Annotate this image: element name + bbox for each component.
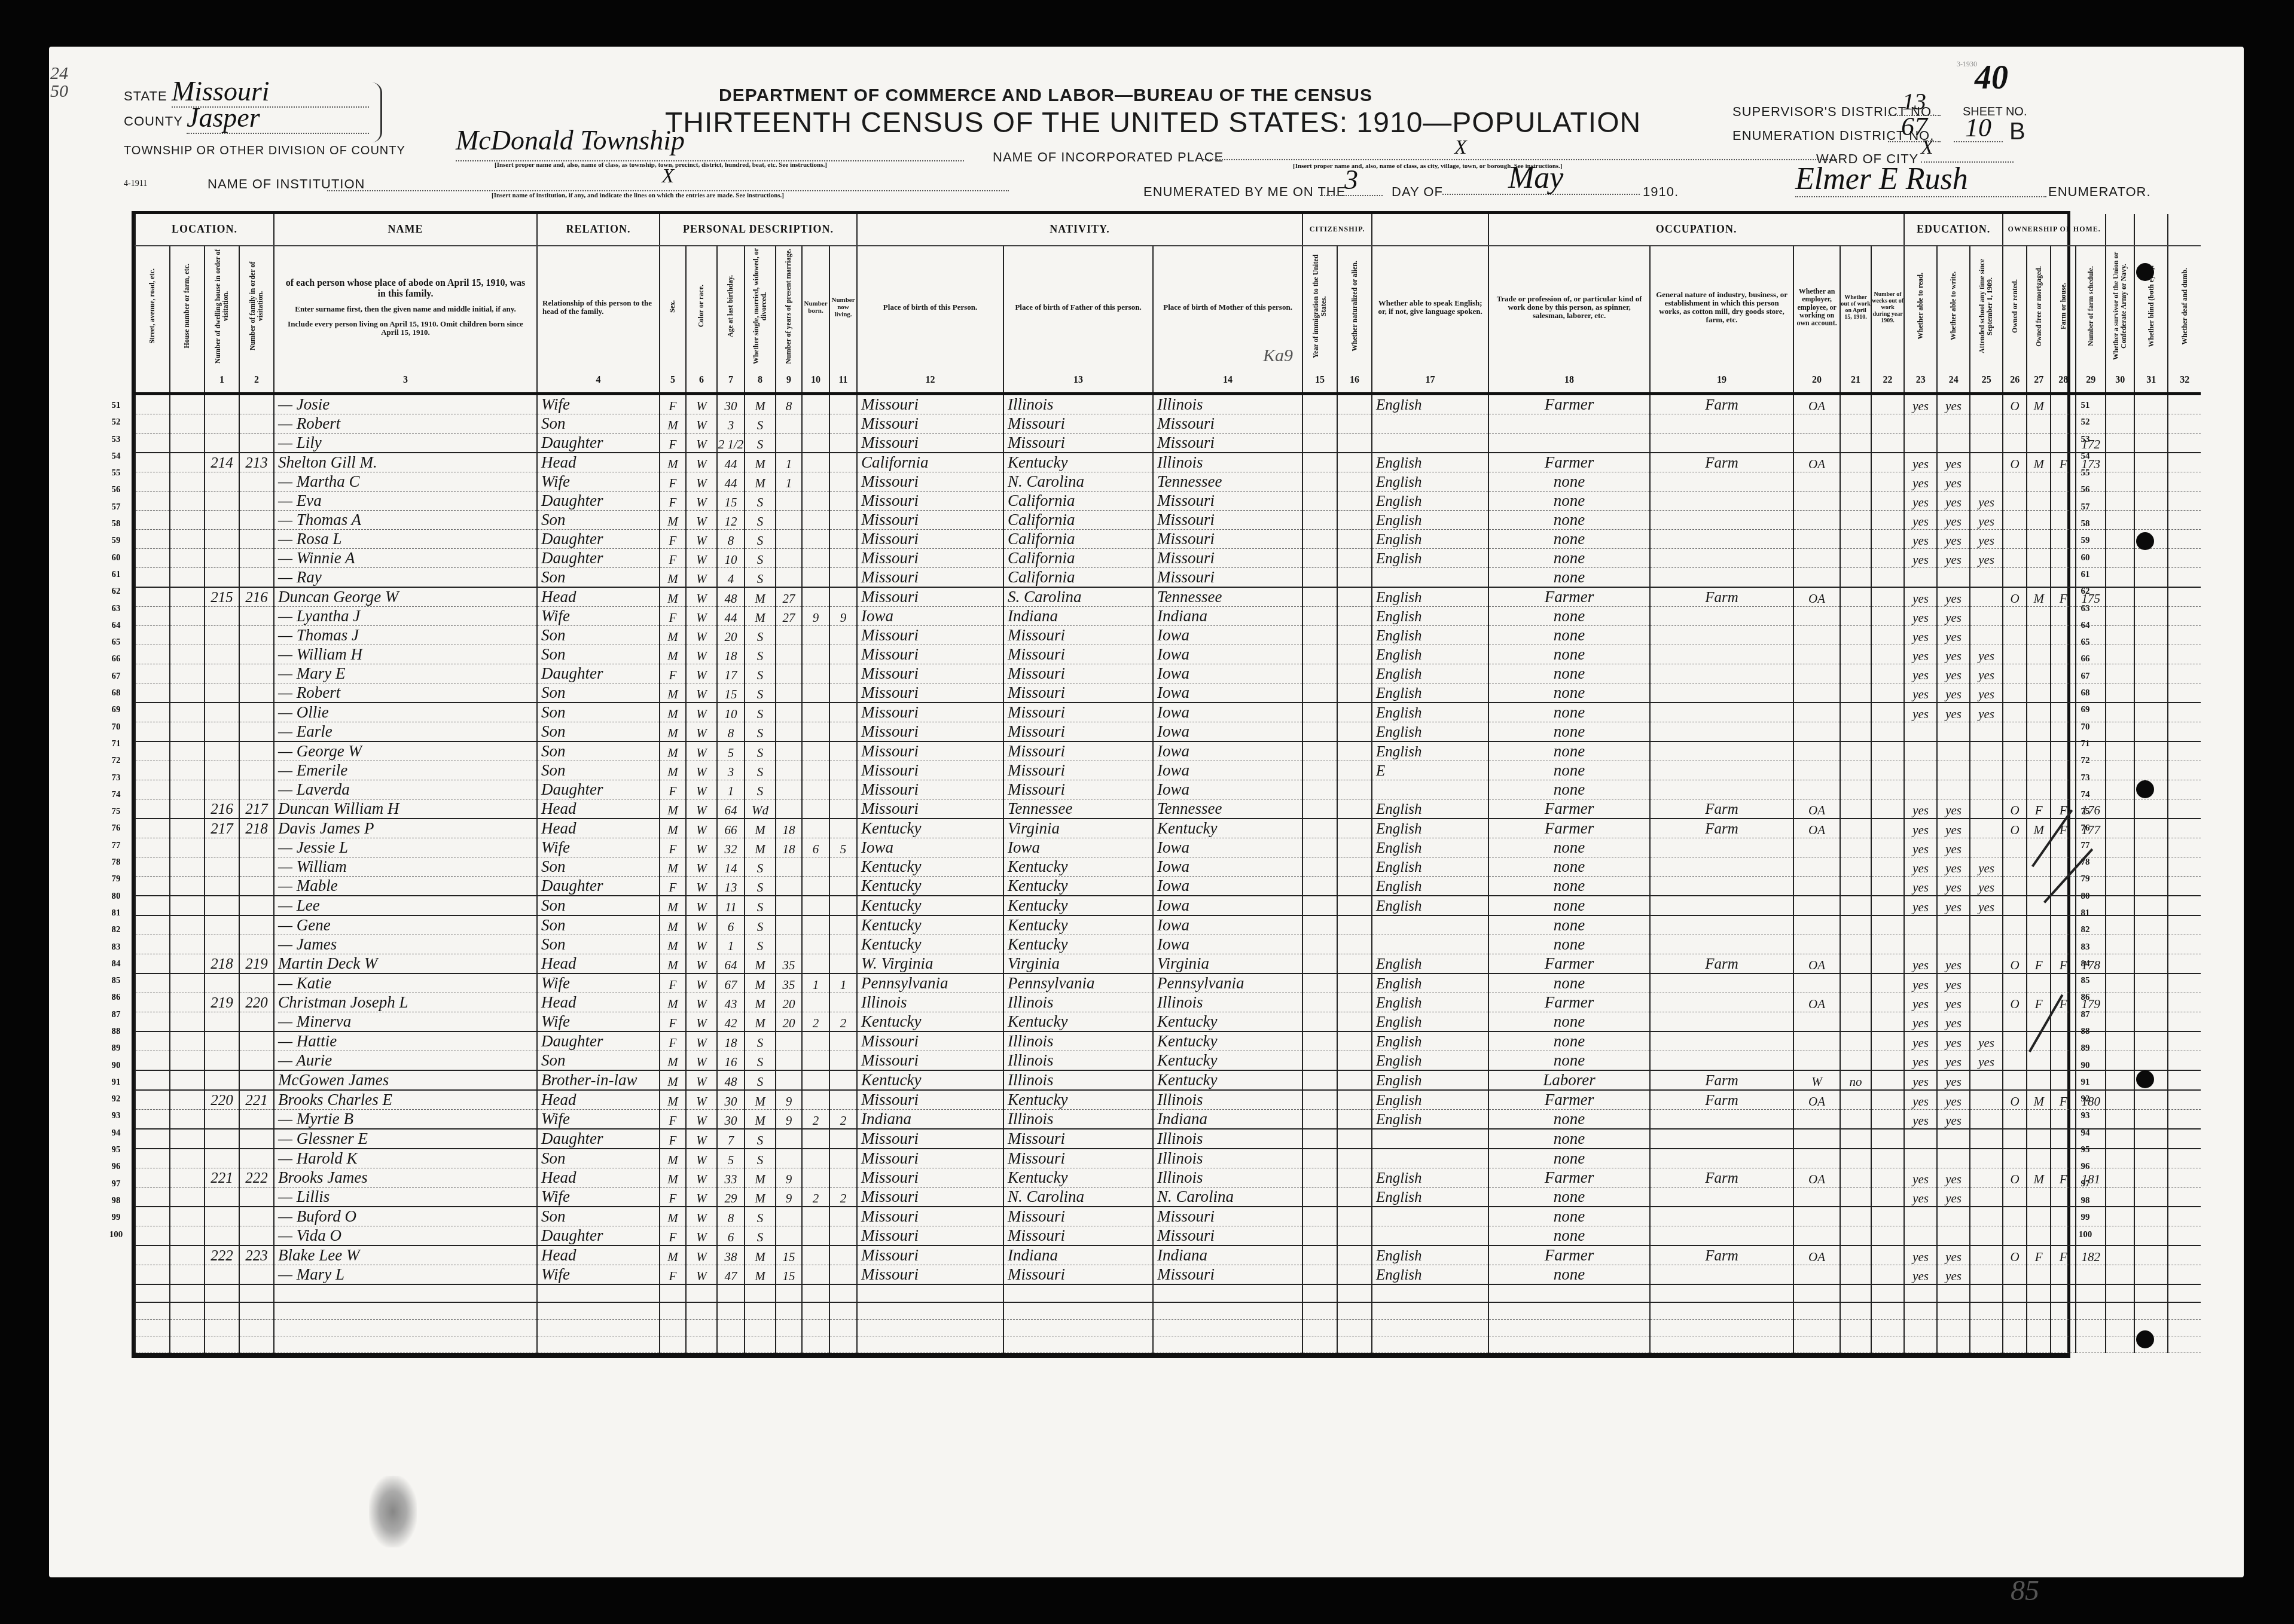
cell-read [1904, 741, 1937, 761]
cell-marital: S [745, 568, 776, 588]
cell-empty [2106, 761, 2134, 780]
cell-farm [2051, 1012, 2076, 1032]
cell-empty [135, 703, 170, 722]
line-number: 65 [104, 637, 128, 654]
cell-empty [1871, 434, 1904, 453]
cell-sex: M [660, 1090, 686, 1110]
cell-marital: S [745, 1129, 776, 1149]
cell-out-of-work [1840, 1168, 1871, 1188]
cell-relation: Head [537, 799, 660, 819]
cell-marital: S [745, 935, 776, 954]
cell-employer [1793, 1265, 1840, 1285]
cell-out-of-work [1840, 1319, 1871, 1336]
census-row: — LaverdaDaughterFW1SMissouriMissouriIow… [135, 780, 2201, 799]
cell-out-of-work [1840, 568, 1871, 588]
cell-race: W [686, 722, 717, 742]
cell-marital: S [745, 915, 776, 935]
line-number: 90 [104, 1061, 128, 1077]
cell-owned: O [2003, 954, 2027, 974]
cell-owned [2003, 472, 2027, 492]
cell-pob: Missouri [857, 645, 1003, 664]
cell-industry [1650, 434, 1793, 453]
cell-pob-mother: Indiana [1153, 607, 1302, 626]
cell-schedule [2076, 780, 2106, 799]
cell-empty [2106, 954, 2134, 974]
cell-living [829, 896, 857, 915]
cell-farm [2051, 915, 2076, 935]
cell-school: yes [1970, 1031, 2003, 1051]
cell-relation: Son [537, 896, 660, 915]
cell-name: — James [274, 935, 537, 954]
cell-race: W [686, 1031, 717, 1051]
column-number: 21 [1840, 368, 1871, 394]
cell-sex: F [660, 664, 686, 683]
cell-schedule [2076, 394, 2106, 414]
cell-family [239, 683, 274, 703]
cell-family [239, 838, 274, 857]
cell-born [802, 1031, 829, 1051]
cell-dwelling [205, 664, 239, 683]
cell-dwelling [205, 973, 239, 993]
cell-age: 10 [717, 549, 745, 568]
cell-language [1372, 1284, 1488, 1302]
cell-out-of-work [1840, 973, 1871, 993]
census-row [135, 1336, 2201, 1353]
cell-years-married [776, 1226, 802, 1246]
cell-empty [1302, 1031, 1337, 1051]
cell-empty [1302, 1168, 1337, 1188]
cell-schedule [2076, 915, 2106, 935]
cell-empty [1337, 722, 1372, 742]
cell-marital [745, 1319, 776, 1336]
census-row: 220221Brooks Charles EHeadMW30M9Missouri… [135, 1090, 2201, 1110]
cell-farm: F [2051, 1168, 2076, 1188]
cell-family [239, 1188, 274, 1207]
cell-relation: Son [537, 703, 660, 722]
cell-mortgage: M [2027, 394, 2051, 414]
cell-write [1937, 741, 1970, 761]
cell-write [1937, 780, 1970, 799]
cell-school: yes [1970, 511, 2003, 530]
cell-living [829, 530, 857, 549]
cell-race: W [686, 1149, 717, 1168]
cell-industry [1650, 1110, 1793, 1130]
cell-empty [170, 568, 205, 588]
cell-marital: S [745, 664, 776, 683]
cell-age: 16 [717, 1051, 745, 1071]
census-row: — Glessner EDaughterFW7SMissouriMissouri… [135, 1129, 2201, 1149]
cell-empty [135, 1168, 170, 1188]
cell-relation: Daughter [537, 877, 660, 896]
group-nativity: NATIVITY. [857, 214, 1302, 246]
cell-out-of-work [1840, 1336, 1871, 1353]
cell-empty [135, 799, 170, 819]
census-row: 219220Christman Joseph LHeadMW43M20Illin… [135, 993, 2201, 1012]
cell-empty [135, 935, 170, 954]
cell-read [1904, 915, 1937, 935]
cell-school [1970, 1336, 2003, 1353]
line-number: 95 [104, 1145, 128, 1162]
cell-dwelling [205, 1129, 239, 1149]
cell-sex: M [660, 1246, 686, 1265]
cell-pob: Missouri [857, 568, 1003, 588]
column-number: 16 [1337, 368, 1372, 394]
cell-born [802, 664, 829, 683]
cell-empty [135, 549, 170, 568]
cell-family [239, 394, 274, 414]
cell-employer [1793, 434, 1840, 453]
cell-farm [2051, 1226, 2076, 1246]
cell-years-married: 20 [776, 993, 802, 1012]
cell-years-married [776, 683, 802, 703]
cell-name: — Ollie [274, 703, 537, 722]
cell-relation: Son [537, 511, 660, 530]
cell-farm [2051, 394, 2076, 414]
cell-empty [2168, 414, 2201, 434]
census-row: — Vida ODaughterFW6SMissouriMissouriMiss… [135, 1226, 2201, 1246]
column-number: 14 [1153, 368, 1302, 394]
cell-family: 222 [239, 1168, 274, 1188]
line-number: 89 [104, 1043, 128, 1060]
cell-empty [170, 722, 205, 742]
cell-employer [1793, 1284, 1840, 1302]
line-number: 68 [104, 688, 128, 705]
cell-sex: M [660, 683, 686, 703]
stamped-page-number: 40 [1975, 59, 2008, 97]
cell-out-of-work [1840, 1284, 1871, 1302]
cell-years-married [776, 857, 802, 877]
line-number: 64 [104, 621, 128, 637]
cell-years-married: 20 [776, 1012, 802, 1032]
cell-living [829, 722, 857, 742]
cell-read: yes [1904, 1012, 1937, 1032]
cell-schedule: 180 [2076, 1090, 2106, 1110]
cell-empty [170, 857, 205, 877]
cell-empty [1871, 1051, 1904, 1071]
cell-years-married [776, 1319, 802, 1336]
cell-employer [1793, 722, 1840, 742]
cell-race: W [686, 954, 717, 974]
cell-empty [135, 1265, 170, 1285]
cell-family [239, 1012, 274, 1032]
cell-farm: F [2051, 587, 2076, 607]
brace [372, 83, 382, 142]
census-row: — LilyDaughterFW2 1/2SMissouriMissouriMi… [135, 434, 2201, 453]
cell-dwelling: 215 [205, 587, 239, 607]
cell-write: yes [1937, 394, 1970, 414]
cell-empty [1871, 1090, 1904, 1110]
cell-pob-mother: Tennessee [1153, 472, 1302, 492]
cell-empty [1337, 973, 1372, 993]
cell-pob: Missouri [857, 664, 1003, 683]
cell-school: yes [1970, 703, 2003, 722]
cell-school [1970, 587, 2003, 607]
cell-industry [1650, 1051, 1793, 1071]
cell-family: 219 [239, 954, 274, 974]
cell-empty [170, 1188, 205, 1207]
cell-empty [2106, 857, 2134, 877]
cell-owned [2003, 645, 2027, 664]
cell-schedule: 175 [2076, 587, 2106, 607]
cell-empty [1337, 511, 1372, 530]
column-number: 11 [829, 368, 857, 394]
cell-empty [1337, 1070, 1372, 1090]
cell-empty [2106, 530, 2134, 549]
cell-empty [1337, 626, 1372, 645]
cell-years-married [776, 935, 802, 954]
cell-pob-father: Tennessee [1003, 799, 1153, 819]
cell-empty [1871, 1188, 1904, 1207]
cell-language: English [1372, 607, 1488, 626]
cell-marital: S [745, 414, 776, 434]
cell-years-married [776, 915, 802, 935]
cell-name: — Eva [274, 492, 537, 511]
cell-empty [1302, 877, 1337, 896]
cell-years-married [776, 722, 802, 742]
cell-trade: none [1488, 915, 1650, 935]
cell-employer [1793, 492, 1840, 511]
county-value: Jasper [187, 102, 369, 134]
cell-pob: Kentucky [857, 877, 1003, 896]
cell-empty [170, 935, 205, 954]
cell-farm [2051, 838, 2076, 857]
cell-name: — George W [274, 741, 537, 761]
cell-read: yes [1904, 799, 1937, 819]
cell-empty [1302, 1129, 1337, 1149]
cell-family [239, 857, 274, 877]
cell-living [829, 549, 857, 568]
cell-empty [2134, 1168, 2168, 1188]
cell-language: English [1372, 1031, 1488, 1051]
cell-name: — Laverda [274, 780, 537, 799]
cell-pob [857, 1302, 1003, 1320]
cell-relation [537, 1284, 660, 1302]
cell-living [829, 1246, 857, 1265]
cell-owned: O [2003, 819, 2027, 838]
cell-owned [2003, 1336, 2027, 1353]
line-number: 55 [104, 468, 128, 485]
cell-owned [2003, 492, 2027, 511]
cell-empty [1871, 935, 1904, 954]
cell-pob: Kentucky [857, 915, 1003, 935]
cell-race: W [686, 414, 717, 434]
cell-empty [1871, 1284, 1904, 1302]
cell-mortgage: F [2027, 954, 2051, 974]
cell-industry: Farm [1650, 1168, 1793, 1188]
header-family-number: Number of family in order of visitation. [239, 246, 274, 368]
cell-mortgage [2027, 1129, 2051, 1149]
cell-school [1970, 1226, 2003, 1246]
cell-marital: S [745, 896, 776, 915]
column-number: 28 [2051, 368, 2076, 394]
cell-sex: M [660, 819, 686, 838]
cell-empty [170, 1284, 205, 1302]
cell-age: 33 [717, 1168, 745, 1188]
cell-write: yes [1937, 819, 1970, 838]
cell-empty [1302, 530, 1337, 549]
cell-marital: M [745, 819, 776, 838]
cell-write [1937, 1207, 1970, 1226]
cell-living [829, 780, 857, 799]
cell-living [829, 1284, 857, 1302]
line-number: 83 [104, 942, 128, 959]
cell-language: English [1372, 973, 1488, 993]
cell-out-of-work [1840, 1302, 1871, 1320]
cell-name: Brooks Charles E [274, 1090, 537, 1110]
cell-out-of-work [1840, 857, 1871, 877]
column-number: 7 [717, 368, 745, 394]
cell-schedule [2076, 1319, 2106, 1336]
cell-sex: M [660, 935, 686, 954]
cell-pob: Missouri [857, 1265, 1003, 1285]
cell-empty [170, 1149, 205, 1168]
cell-read: yes [1904, 549, 1937, 568]
cell-born [802, 1302, 829, 1320]
cell-race: W [686, 1226, 717, 1246]
enumerated-label: Enumerated by me on the [1143, 184, 1346, 200]
cell-empty [2168, 1051, 2201, 1071]
cell-employer [1793, 741, 1840, 761]
cell-language: English [1372, 954, 1488, 974]
cell-empty [2134, 1051, 2168, 1071]
cell-pob-mother: Illinois [1153, 1149, 1302, 1168]
cell-dwelling [205, 1012, 239, 1032]
cell-relation: Brother-in-law [537, 1070, 660, 1090]
cell-born [802, 819, 829, 838]
cell-employer [1793, 472, 1840, 492]
cell-relation: Son [537, 741, 660, 761]
cell-empty [2134, 993, 2168, 1012]
cell-trade: none [1488, 857, 1650, 877]
cell-marital: M [745, 1188, 776, 1207]
cell-age: 18 [717, 1031, 745, 1051]
cell-industry [1650, 1129, 1793, 1149]
cell-read: yes [1904, 664, 1937, 683]
cell-owned: O [2003, 1090, 2027, 1110]
cell-sex [660, 1302, 686, 1320]
cell-owned [2003, 1070, 2027, 1090]
cell-empty [2134, 1110, 2168, 1130]
cell-farm [2051, 414, 2076, 434]
cell-industry [1650, 664, 1793, 683]
cell-pob: Missouri [857, 1149, 1003, 1168]
cell-owned [2003, 1149, 2027, 1168]
cell-farm [2051, 1149, 2076, 1168]
header-language: Whether able to speak English; or, if no… [1372, 246, 1488, 368]
cell-school [1970, 626, 2003, 645]
enumerator-signature: Elmer E Rush [1795, 161, 2046, 197]
cell-farm [2051, 741, 2076, 761]
cell-pob-father: Virginia [1003, 819, 1153, 838]
line-number: 85 [104, 976, 128, 993]
cell-empty [1871, 741, 1904, 761]
cell-pob-mother [1153, 1284, 1302, 1302]
header-owned-rented: Owned or rented. [2003, 246, 2027, 368]
cell-born [802, 434, 829, 453]
cell-trade: none [1488, 530, 1650, 549]
cell-born [802, 857, 829, 877]
cell-empty [170, 472, 205, 492]
group-language-blank [1372, 214, 1488, 246]
cell-trade: none [1488, 1051, 1650, 1071]
cell-empty [135, 915, 170, 935]
cell-living [829, 1031, 857, 1051]
cell-living [829, 799, 857, 819]
cell-sex: F [660, 877, 686, 896]
cell-farm: F [2051, 1090, 2076, 1110]
cell-owned [2003, 761, 2027, 780]
cell-mortgage [2027, 683, 2051, 703]
cell-empty [1871, 664, 1904, 683]
cell-age: 48 [717, 587, 745, 607]
cell-empty [2106, 1070, 2134, 1090]
cell-schedule [2076, 1188, 2106, 1207]
cell-pob-mother: Missouri [1153, 434, 1302, 453]
cell-mortgage: M [2027, 453, 2051, 472]
cell-empty [2134, 472, 2168, 492]
cell-empty [135, 1319, 170, 1336]
cell-dwelling [205, 877, 239, 896]
cell-out-of-work [1840, 587, 1871, 607]
cell-pob-father: Missouri [1003, 780, 1153, 799]
cell-empty [135, 973, 170, 993]
cell-age: 6 [717, 915, 745, 935]
cell-schedule [2076, 645, 2106, 664]
cell-empty [1871, 819, 1904, 838]
cell-mortgage [2027, 414, 2051, 434]
cell-read: yes [1904, 1246, 1937, 1265]
cell-dwelling: 217 [205, 819, 239, 838]
cell-empty [2106, 1090, 2134, 1110]
cell-read [1904, 722, 1937, 742]
cell-age: 30 [717, 394, 745, 414]
cell-born [802, 896, 829, 915]
column-number: 26 [2003, 368, 2027, 394]
cell-relation: Son [537, 915, 660, 935]
cell-born: 1 [802, 973, 829, 993]
cell-empty [135, 414, 170, 434]
cell-write: yes [1937, 530, 1970, 549]
column-number: 17 [1372, 368, 1488, 394]
cell-empty [1302, 741, 1337, 761]
cell-empty [135, 434, 170, 453]
census-sheet: State Missouri County Jasper Township or… [49, 47, 2244, 1577]
cell-school [1970, 414, 2003, 434]
cell-pob-father [1003, 1319, 1153, 1336]
cell-empty [2168, 568, 2201, 588]
cell-empty [2168, 394, 2201, 414]
cell-age [717, 1284, 745, 1302]
cell-mortgage [2027, 1051, 2051, 1071]
cell-empty [1871, 1207, 1904, 1226]
cell-industry [1650, 414, 1793, 434]
cell-language: English [1372, 741, 1488, 761]
column-number: 6 [686, 368, 717, 394]
group-veteran-blank [2106, 214, 2134, 246]
cell-empty [1871, 973, 1904, 993]
cell-empty [135, 1129, 170, 1149]
header-relation: Relationship of this person to the head … [537, 246, 660, 368]
cell-write: yes [1937, 896, 1970, 915]
cell-pob-mother: Iowa [1153, 741, 1302, 761]
cell-pob: W. Virginia [857, 954, 1003, 974]
cell-empty [2106, 973, 2134, 993]
cell-age [717, 1319, 745, 1336]
cell-owned [2003, 511, 2027, 530]
cell-dwelling: 214 [205, 453, 239, 472]
cell-living [829, 819, 857, 838]
cell-pob: Missouri [857, 530, 1003, 549]
